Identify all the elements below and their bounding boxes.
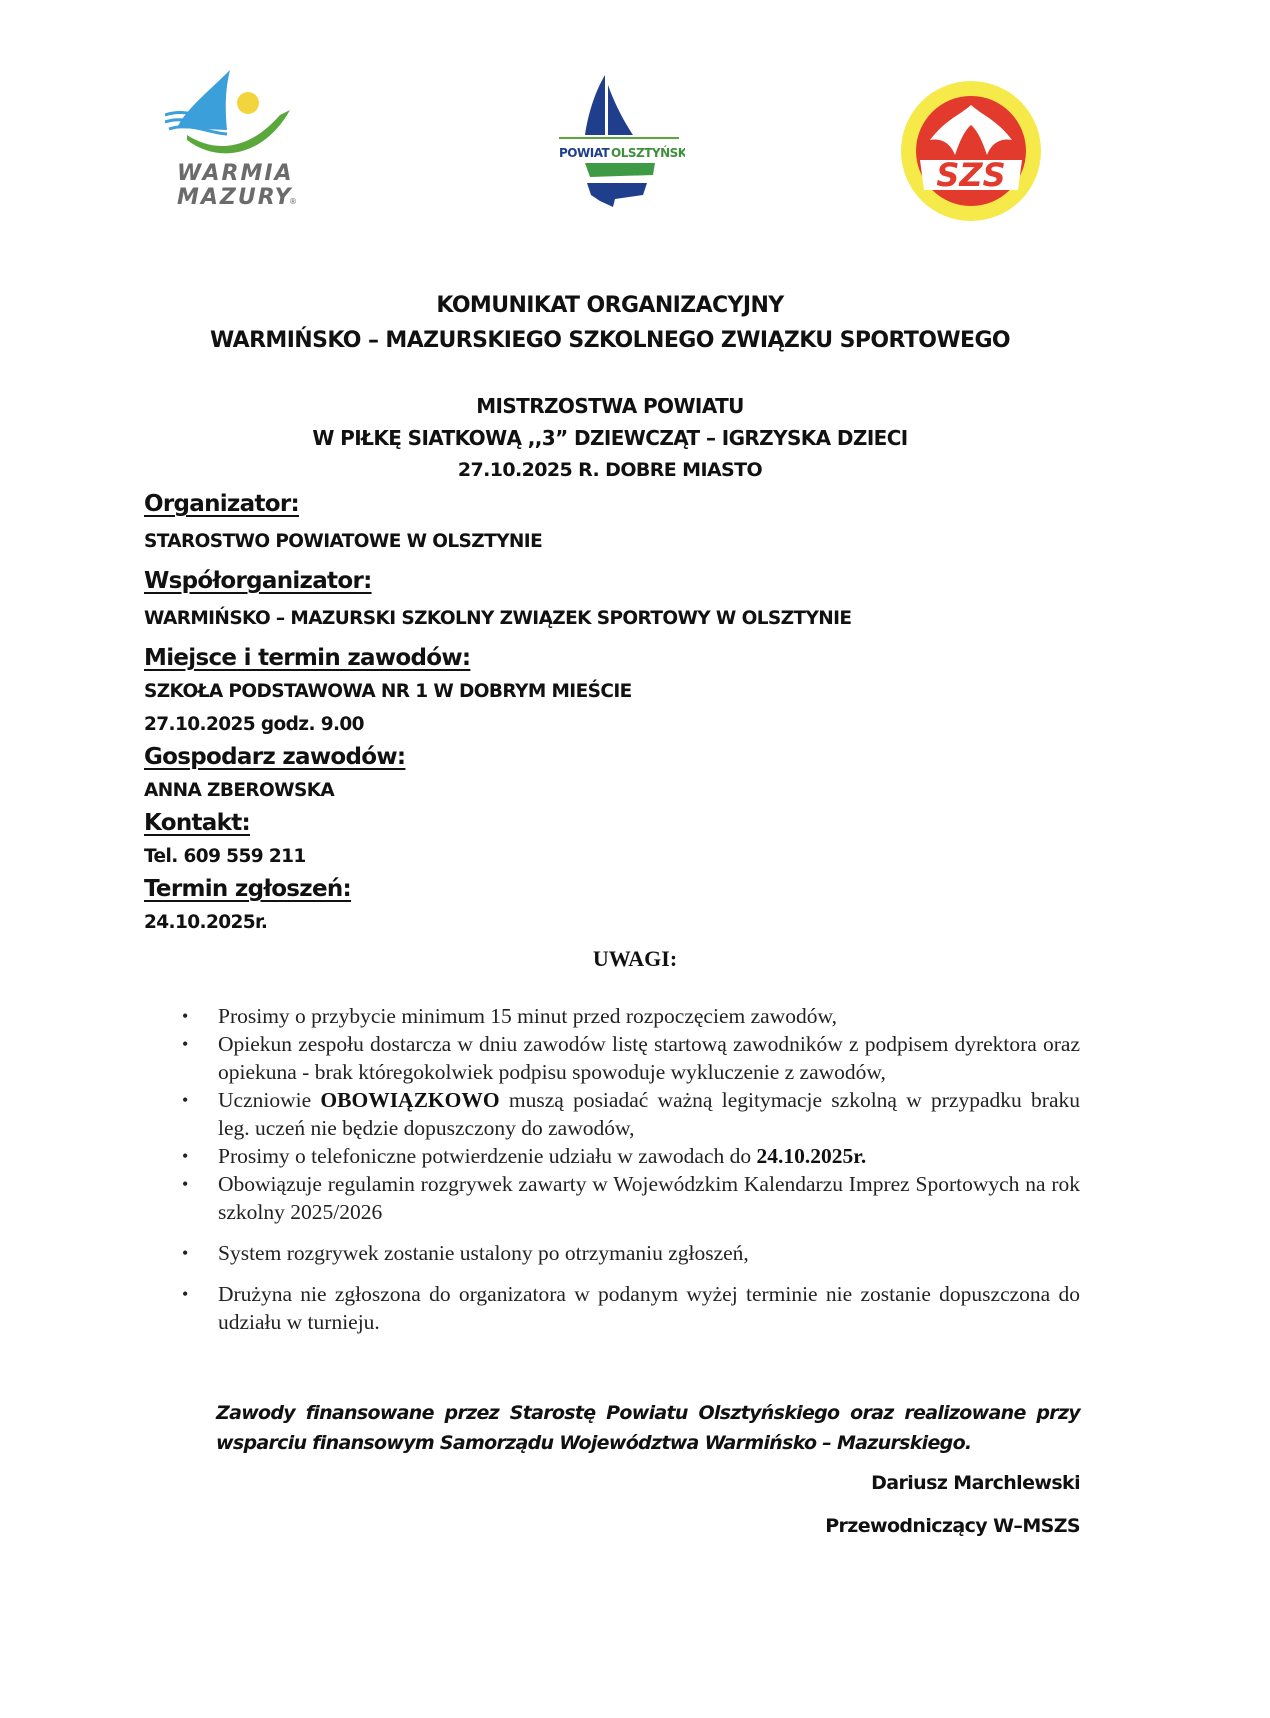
svg-text:MAZURY: MAZURY <box>177 185 293 210</box>
venue-value: SZKOŁA PODSTAWOWA NR 1 W DOBRYM MIEŚCIE <box>144 675 1094 708</box>
contact-label: Kontakt: <box>144 807 1094 840</box>
signatory-role: Przewodniczący W–MSZS <box>825 1515 1080 1537</box>
list-item: • Prosimy o telefoniczne potwierdzenie u… <box>180 1142 1080 1170</box>
venue-label: Miejsce i termin zawodów: <box>144 642 1094 675</box>
list-item: • System rozgrywek zostanie ustalony po … <box>180 1239 1080 1267</box>
szs-eagle-emblem-icon: SZS <box>900 80 1042 222</box>
deadline-label: Termin zgłoszeń: <box>144 873 1094 906</box>
list-item: • Prosimy o przybycie minimum 15 minut p… <box>180 1002 1080 1030</box>
coorganizer-label: Współorganizator: <box>144 565 1094 598</box>
bullet-icon: • <box>182 1086 188 1114</box>
note-text: Drużyna nie zgłoszona do organizatora w … <box>218 1282 1080 1334</box>
sailboat-emblem-icon: POWIAT OLSZTYŃSKI <box>555 75 685 220</box>
svg-text:SZS: SZS <box>936 156 1005 194</box>
document-page: WARMIA MAZURY ® POWIAT OLSZTYŃSKI <box>0 0 1270 1718</box>
svg-text:WARMIA: WARMIA <box>177 161 294 186</box>
svg-text:POWIAT: POWIAT <box>559 146 611 160</box>
bullet-icon: • <box>182 1170 188 1198</box>
bullet-icon: • <box>182 1030 188 1058</box>
note-text: Prosimy o przybycie minimum 15 minut prz… <box>218 1004 837 1028</box>
bullet-icon: • <box>182 1239 188 1267</box>
signatory-name: Dariusz Marchlewski <box>871 1472 1080 1494</box>
document-title: KOMUNIKAT ORGANIZACYJNY <box>0 293 1220 318</box>
note-text: Uczniowie <box>218 1088 320 1112</box>
bullet-icon: • <box>182 1280 188 1308</box>
funding-statement: Zawody finansowane przez Starostę Powiat… <box>216 1398 1080 1458</box>
bullet-icon: • <box>182 1142 188 1170</box>
deadline-value: 24.10.2025r. <box>144 906 1094 939</box>
note-text: Obowiązuje regulamin rozgrywek zawarty w… <box>218 1172 1080 1224</box>
host-label: Gospodarz zawodów: <box>144 741 1094 774</box>
warmia-mazury-logo: WARMIA MAZURY ® <box>165 70 325 230</box>
host-value: ANNA ZBEROWSKA <box>144 774 1094 807</box>
logo-row: WARMIA MAZURY ® POWIAT OLSZTYŃSKI <box>0 70 1270 240</box>
notes-list: • Prosimy o przybycie minimum 15 minut p… <box>180 1002 1080 1336</box>
svg-text:OLSZTYŃSKI: OLSZTYŃSKI <box>611 145 685 160</box>
bullet-icon: • <box>182 1002 188 1030</box>
venue-date: 27.10.2025 godz. 9.00 <box>144 708 1094 741</box>
organizer-value: STAROSTWO POWIATOWE W OLSZTYNIE <box>144 525 1094 558</box>
event-title: MISTRZOSTWA POWIATU <box>0 394 1220 418</box>
note-text: Opiekun zespołu dostarcza w dniu zawodów… <box>218 1032 1080 1084</box>
event-info-section: Organizator: STAROSTWO POWIATOWE W OLSZT… <box>144 488 1094 939</box>
szs-logo: SZS <box>900 80 1042 222</box>
notes-heading: UWAGI: <box>0 946 1270 972</box>
note-emphasis: 24.10.2025r. <box>757 1144 867 1168</box>
powiat-olsztynski-logo: POWIAT OLSZTYŃSKI <box>555 75 685 220</box>
list-item: • Obowiązuje regulamin rozgrywek zawarty… <box>180 1170 1080 1226</box>
note-text: Prosimy o telefoniczne potwierdzenie udz… <box>218 1144 757 1168</box>
warmia-mazury-emblem-icon: WARMIA MAZURY ® <box>165 70 325 230</box>
document-subtitle: WARMIŃSKO – MAZURSKIEGO SZKOLNEGO ZWIĄZK… <box>0 328 1220 353</box>
coorganizer-value: WARMIŃSKO – MAZURSKI SZKOLNY ZWIĄZEK SPO… <box>144 602 1094 635</box>
list-item: • Drużyna nie zgłoszona do organizatora … <box>180 1280 1080 1336</box>
event-date-place: 27.10.2025 R. DOBRE MIASTO <box>0 459 1220 481</box>
list-item: • Opiekun zespołu dostarcza w dniu zawod… <box>180 1030 1080 1086</box>
event-discipline: W PIŁKĘ SIATKOWĄ ,,3” DZIEWCZĄT – IGRZYS… <box>0 426 1220 450</box>
list-item: • Uczniowie OBOWIĄZKOWO muszą posiadać w… <box>180 1086 1080 1142</box>
note-emphasis: OBOWIĄZKOWO <box>320 1088 499 1112</box>
note-text: System rozgrywek zostanie ustalony po ot… <box>218 1241 749 1265</box>
svg-text:®: ® <box>289 197 297 206</box>
contact-value: Tel. 609 559 211 <box>144 840 1094 873</box>
organizer-label: Organizator: <box>144 488 1094 521</box>
